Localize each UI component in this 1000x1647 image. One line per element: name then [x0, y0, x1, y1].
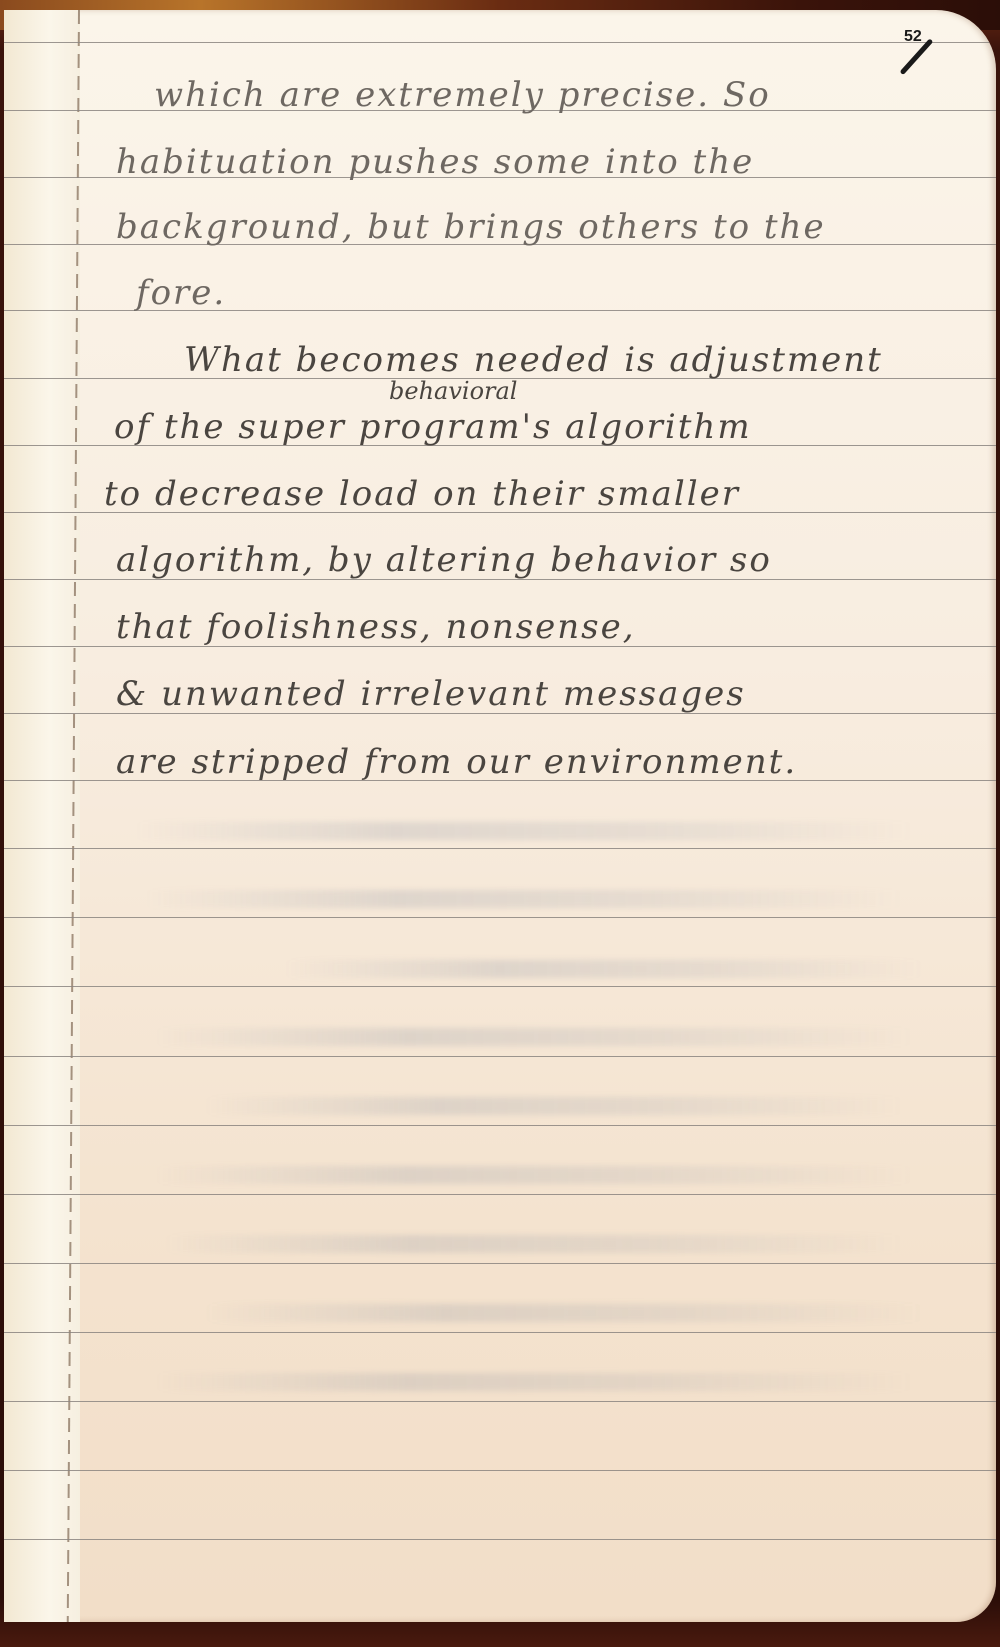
handwriting-line-6: of the super program's algorithm	[114, 410, 752, 444]
bleed-through-text	[284, 960, 924, 978]
ruled-line	[4, 1263, 996, 1264]
handwriting-line-3: background, but brings others to the	[116, 210, 826, 244]
bleed-through-text	[204, 1304, 924, 1322]
handwriting-line-10: & unwanted irrelevant messages	[116, 677, 746, 711]
ruled-line	[4, 986, 996, 987]
page-number: 52	[904, 28, 922, 46]
handwriting-line-2: habituation pushes some into the	[116, 145, 754, 179]
handwriting-line-5: What becomes needed is adjustment	[184, 343, 883, 377]
bleed-through-text	[164, 1235, 904, 1253]
ruled-line	[4, 1401, 996, 1402]
bleed-through-text	[134, 822, 914, 840]
bleed-through-text	[154, 1373, 914, 1391]
bleed-through-text	[144, 890, 904, 908]
ruled-line	[4, 848, 996, 849]
bleed-through-text	[154, 1028, 914, 1046]
ruled-line	[4, 1332, 996, 1333]
handwriting-line-8: algorithm, by altering behavior so	[116, 543, 772, 577]
ruled-line	[4, 1056, 996, 1057]
handwriting-insertion: behavioral	[389, 377, 517, 405]
ruled-line	[4, 1125, 996, 1126]
ruled-line	[4, 1539, 996, 1540]
bleed-through-text	[154, 1166, 914, 1184]
bleed-through-text	[204, 1097, 904, 1115]
ruled-line	[4, 42, 996, 43]
ruled-line	[4, 917, 996, 918]
ruled-line	[4, 1194, 996, 1195]
handwriting-line-4: fore.	[136, 276, 226, 310]
handwriting-line-9: that foolishness, nonsense,	[116, 610, 636, 644]
handwriting-line-11: are stripped from our environment.	[116, 745, 797, 779]
handwriting-line-1: which are extremely precise. So	[154, 78, 771, 112]
notebook-page: 52 which are extremely precise. So habit…	[4, 10, 996, 1622]
handwriting-line-7: to decrease load on their smaller	[104, 477, 740, 511]
ruled-line	[4, 1470, 996, 1471]
